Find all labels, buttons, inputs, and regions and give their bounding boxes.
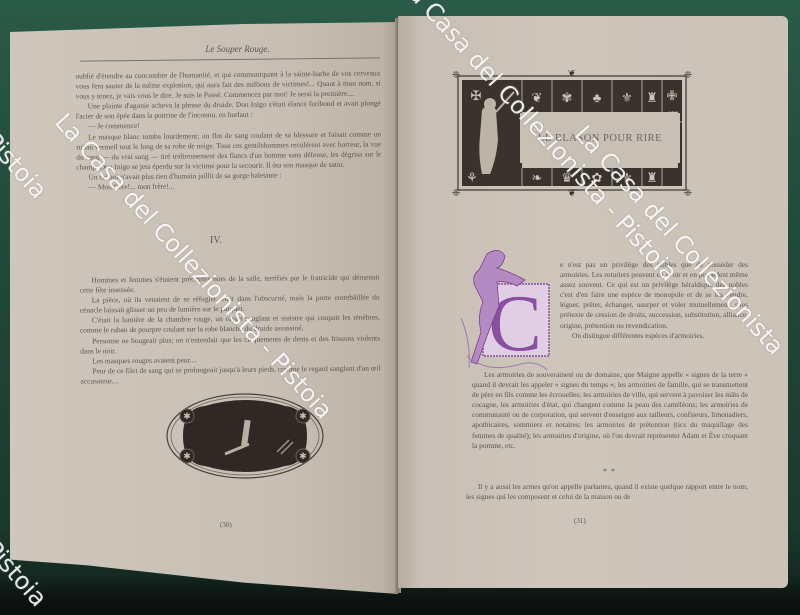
paragraph: Il y a aussi les armes qu'on appelle par… <box>466 482 748 502</box>
svg-text:⚜: ⚜ <box>621 90 633 105</box>
svg-text:♜: ♜ <box>646 170 658 185</box>
svg-text:♛: ♛ <box>561 170 573 185</box>
right-text-block-3: Il y a aussi les armes qu'on appelle par… <box>466 482 748 502</box>
svg-text:✱: ✱ <box>183 411 191 421</box>
svg-text:❈: ❈ <box>452 70 460 81</box>
paragraph: oublié d'étendre au concombre de l'human… <box>75 68 380 101</box>
svg-text:❦: ❦ <box>568 70 576 79</box>
paragraph: Peur de ce filet de sang qui se prolonge… <box>80 363 380 386</box>
svg-text:❧: ❧ <box>532 170 543 185</box>
svg-text:✱: ✱ <box>183 451 191 461</box>
left-text-block-2: Hommes et femmes s'étaient précipités ho… <box>79 272 380 386</box>
svg-text:✱: ✱ <box>299 451 307 461</box>
paragraph: Les armoiries de souveraineté ou de doma… <box>472 370 748 451</box>
chapter-title: LE BLASON POUR RIRE <box>538 133 662 144</box>
running-head: Le Souper Rouge. <box>95 44 380 54</box>
svg-text:❈: ❈ <box>452 188 460 196</box>
chapter-title-box: LE BLASON POUR RIRE <box>520 113 680 163</box>
svg-text:♣: ♣ <box>593 90 602 105</box>
svg-text:✾: ✾ <box>562 90 573 105</box>
svg-text:❈: ❈ <box>684 70 692 81</box>
svg-text:❈: ❈ <box>684 188 692 196</box>
page-number-right: (31) <box>574 517 586 525</box>
svg-text:⚘: ⚘ <box>466 170 478 185</box>
page-number-left: (30) <box>220 521 232 529</box>
svg-text:❦: ❦ <box>568 188 576 196</box>
right-text-block-1: e n'est pas un privilège des nobles que … <box>560 260 748 341</box>
paragraph: Le masque blanc tomba lourdement; un flo… <box>76 129 381 173</box>
svg-text:❦: ❦ <box>532 90 543 105</box>
right-text-block-2: Les armoiries de souveraineté ou de doma… <box>472 370 748 451</box>
svg-text:✿: ✿ <box>592 170 603 185</box>
left-text-block-1: oublié d'étendre au concombre de l'human… <box>75 68 381 192</box>
svg-text:⚜: ⚜ <box>621 170 633 185</box>
svg-text:✠: ✠ <box>471 88 482 103</box>
svg-text:♜: ♜ <box>646 90 658 105</box>
asterism-separator: * * <box>603 467 616 476</box>
paragraph: e n'est pas un privilège des nobles que … <box>560 260 748 331</box>
illuminated-drop-cap: C <box>447 246 562 384</box>
svg-text:✱: ✱ <box>299 411 307 421</box>
chapter-number: IV. <box>210 235 222 246</box>
oval-vignette-illustration: ✱✱ ✱✱ <box>165 392 325 480</box>
svg-text:✙: ✙ <box>667 88 678 103</box>
paragraph: On distingue différentes espèces d'armoi… <box>560 331 748 341</box>
